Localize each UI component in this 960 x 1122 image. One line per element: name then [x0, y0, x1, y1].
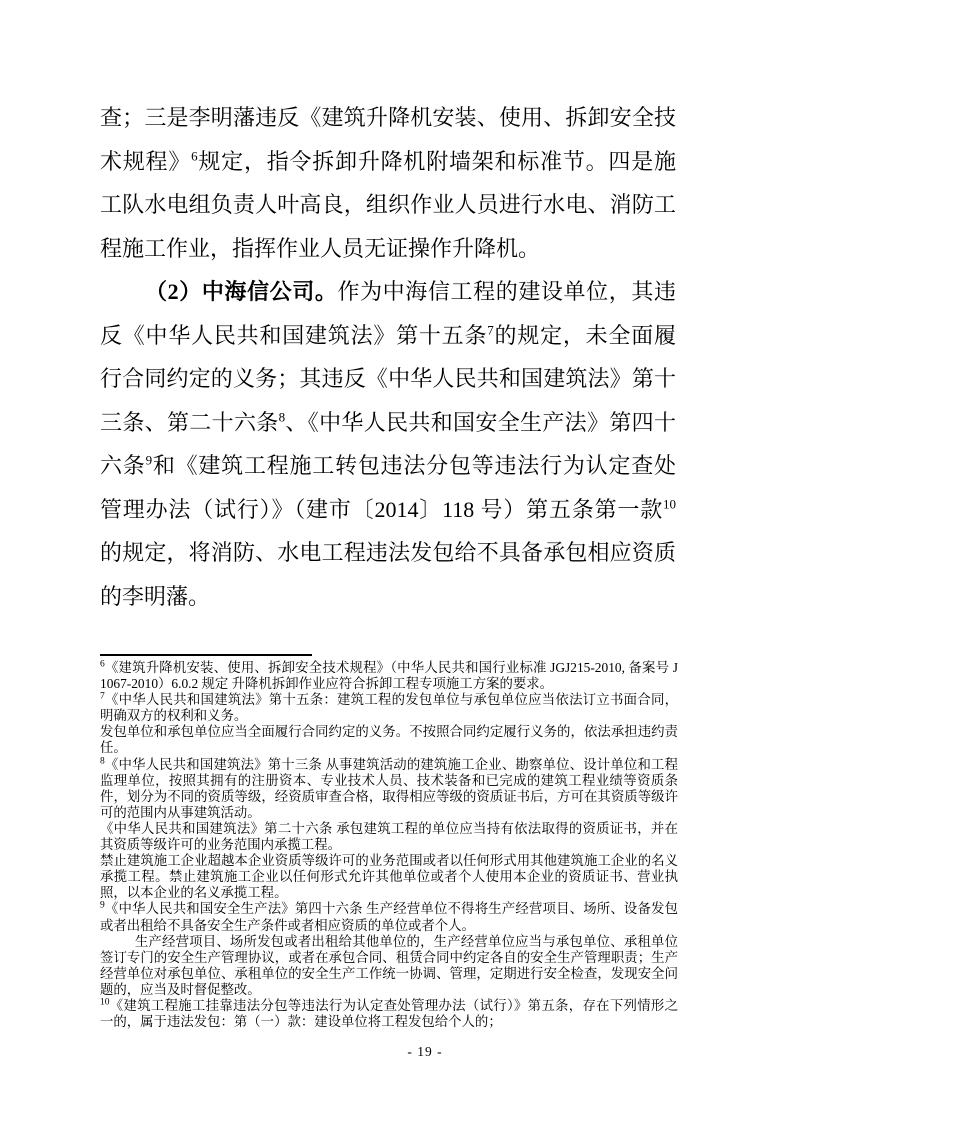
- footnote-paragraph: 生产经营项目、场所发包或者出租给其他单位的，生产经营单位应当与承包单位、承租单位…: [100, 934, 678, 998]
- document-page: 查；三是李明藩违反《建筑升降机安装、使用、拆卸安全技术规程》6规定，指令拆卸升降…: [0, 0, 960, 1122]
- footnote-text: 生产经营项目、场所发包或者出租给其他单位的，生产经营单位应当与承包单位、承租单位…: [100, 934, 678, 997]
- footnote-text: 《建筑升降机安装、使用、拆卸安全技术规程》（中华人民共和国行业标准 JGJ215…: [100, 660, 678, 691]
- footnote-paragraph: 6《建筑升降机安装、使用、拆卸安全技术规程》（中华人民共和国行业标准 JGJ21…: [100, 660, 678, 692]
- footnote-paragraph: 8《中华人民共和国建筑法》第十三条 从事建筑活动的建筑施工企业、勘察单位、设计单…: [100, 757, 678, 821]
- footnote-separator: [100, 654, 312, 656]
- footnote-text: 禁止建筑施工企业超越本企业资质等级许可的业务范围或者以任何形式用其他建筑施工企业…: [100, 853, 678, 900]
- footnote-paragraph: 10《建筑工程施工挂靠违法分包等违法行为认定查处管理办法（试行）》第五条，存在下…: [100, 998, 678, 1030]
- document-body: 查；三是李明藩违反《建筑升降机安装、使用、拆卸安全技术规程》6规定，指令拆卸升降…: [100, 96, 676, 618]
- footnote-text: 发包单位和承包单位应当全面履行合同约定的义务。不按照合同约定履行义务的，依法承担…: [100, 724, 678, 755]
- footnote-paragraph: 发包单位和承包单位应当全面履行合同约定的义务。不按照合同约定履行义务的，依法承担…: [100, 724, 678, 756]
- footnote-paragraph: 禁止建筑施工企业超越本企业资质等级许可的业务范围或者以任何形式用其他建筑施工企业…: [100, 853, 678, 901]
- footnote-paragraph: 9《中华人民共和国安全生产法》第四十六条 生产经营单位不得将生产经营项目、场所、…: [100, 901, 678, 933]
- body-paragraph: （2）中海信公司。作为中海信工程的建设单位，其违反《中华人民共和国建筑法》第十五…: [100, 270, 676, 618]
- footnote-paragraph: 7《中华人民共和国建筑法》第十五条：建筑工程的发包单位与承包单位应当依法订立书面…: [100, 692, 678, 724]
- body-paragraph: 查；三是李明藩违反《建筑升降机安装、使用、拆卸安全技术规程》6规定，指令拆卸升降…: [100, 96, 676, 270]
- text-segment: 的规定，将消防、水电工程违法发包给不具备承包相应资质的李明藩。: [100, 540, 676, 609]
- footnote-paragraph: 《中华人民共和国建筑法》第二十六条 承包建筑工程的单位应当持有依法取得的资质证书…: [100, 821, 678, 853]
- footnote-text: 《中华人民共和国建筑法》第二十六条 承包建筑工程的单位应当持有依法取得的资质证书…: [100, 821, 678, 852]
- text-segment: 和《建筑工程施工转包违法分包等违法行为认定查处管理办法（试行）》（建市〔2014…: [100, 453, 676, 522]
- bold-text-segment: （2）中海信公司。: [145, 279, 337, 304]
- footnote-text: 《建筑工程施工挂靠违法分包等违法行为认定查处管理办法（试行）》第五条，存在下列情…: [100, 998, 678, 1029]
- footnotes: 6《建筑升降机安装、使用、拆卸安全技术规程》（中华人民共和国行业标准 JGJ21…: [100, 660, 678, 1030]
- footnote-ref: 10: [663, 496, 676, 511]
- page-number: - 19 -: [100, 1044, 750, 1060]
- footnote-text: 《中华人民共和国安全生产法》第四十六条 生产经营单位不得将生产经营项目、场所、设…: [100, 901, 678, 932]
- footnote-number: 10: [100, 998, 110, 1008]
- footnote-text: 《中华人民共和国建筑法》第十五条：建筑工程的发包单位与承包单位应当依法订立书面合…: [100, 692, 678, 723]
- footnote-text: 《中华人民共和国建筑法》第十三条 从事建筑活动的建筑施工企业、勘察单位、设计单位…: [100, 757, 678, 820]
